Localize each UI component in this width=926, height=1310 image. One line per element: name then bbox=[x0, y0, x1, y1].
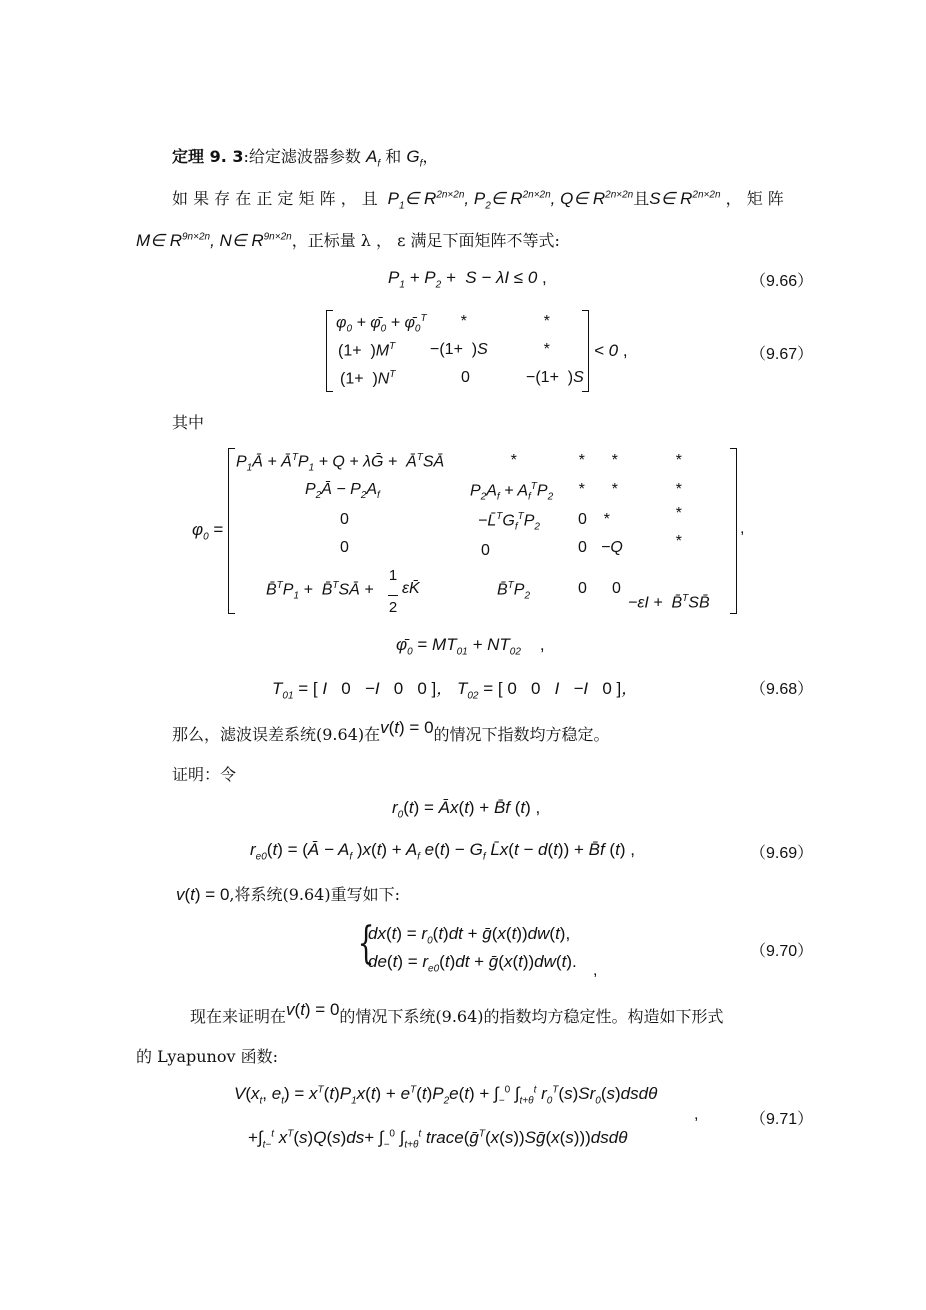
theorem-intro-text: 给定滤波器参数 bbox=[249, 147, 361, 166]
equation-9-68: T01 = [ I 0 −I 0 0 ]， T02 = [ 0 0 I −I 0… bbox=[272, 676, 637, 701]
paragraph-line: 如 果 存 在 正 定 矩 阵 ， 且 P1∈ R2n×2n, P2∈ R2n×… bbox=[172, 186, 784, 211]
equation-number: （9.68） bbox=[750, 676, 813, 699]
rewrite-line: v(t) = 0,将系统(9.64)重写如下: bbox=[176, 882, 400, 905]
equation-number: （9.70） bbox=[750, 938, 813, 961]
math-S-membership: S∈ R2n×2n bbox=[649, 189, 720, 208]
math-set-membership: P1∈ R2n×2n, P2∈ R2n×2n, Q∈ R2n×2n bbox=[383, 189, 633, 208]
math-MN-membership: M∈ R9n×2n, N∈ R9n×2n bbox=[136, 231, 292, 250]
equation-number: （9.67） bbox=[750, 341, 813, 364]
paragraph-line: 现在来证明在v(t) = 0的情况下系统(9.64)的指数均方稳定性。构造如下形… bbox=[190, 1004, 724, 1027]
math-Gf: Gf bbox=[406, 147, 422, 166]
theorem-label: 定理 9. 3 bbox=[172, 147, 244, 166]
paragraph-line: 的 Lyapunov 函数: bbox=[136, 1044, 278, 1067]
where-label: 其中 bbox=[172, 410, 204, 433]
conclusion-line: 那么，滤波误差系统(9.64)在v(t) = 0的情况下指数均方稳定。 bbox=[172, 722, 610, 745]
proof-label: 证明：令 bbox=[172, 762, 236, 785]
equation-phibar: φ̄0 = MT01 + NT02 , bbox=[396, 635, 545, 657]
equation-number: （9.69） bbox=[750, 840, 813, 863]
theorem-heading: 定理 9. 3:给定滤波器参数 Af 和 Gf， bbox=[172, 144, 438, 169]
equation-number: （9.66） bbox=[750, 268, 813, 291]
math-Af: Af bbox=[366, 147, 380, 166]
equation-r0: r0(t) = Āx(t) + B̄f (t) , bbox=[392, 798, 540, 820]
paragraph-line: M∈ R9n×2n, N∈ R9n×2n，正标量 λ ， ε 满足下面矩阵不等式… bbox=[136, 228, 560, 251]
equation-number: （9.71） bbox=[750, 1106, 813, 1129]
equation-9-69: re0(t) = (Ā − Af )x(t) + Af e(t) − Gf L̄… bbox=[250, 840, 635, 862]
equation-9-66: P1 + P2 + S − λI ≤ 0 , bbox=[388, 268, 547, 290]
